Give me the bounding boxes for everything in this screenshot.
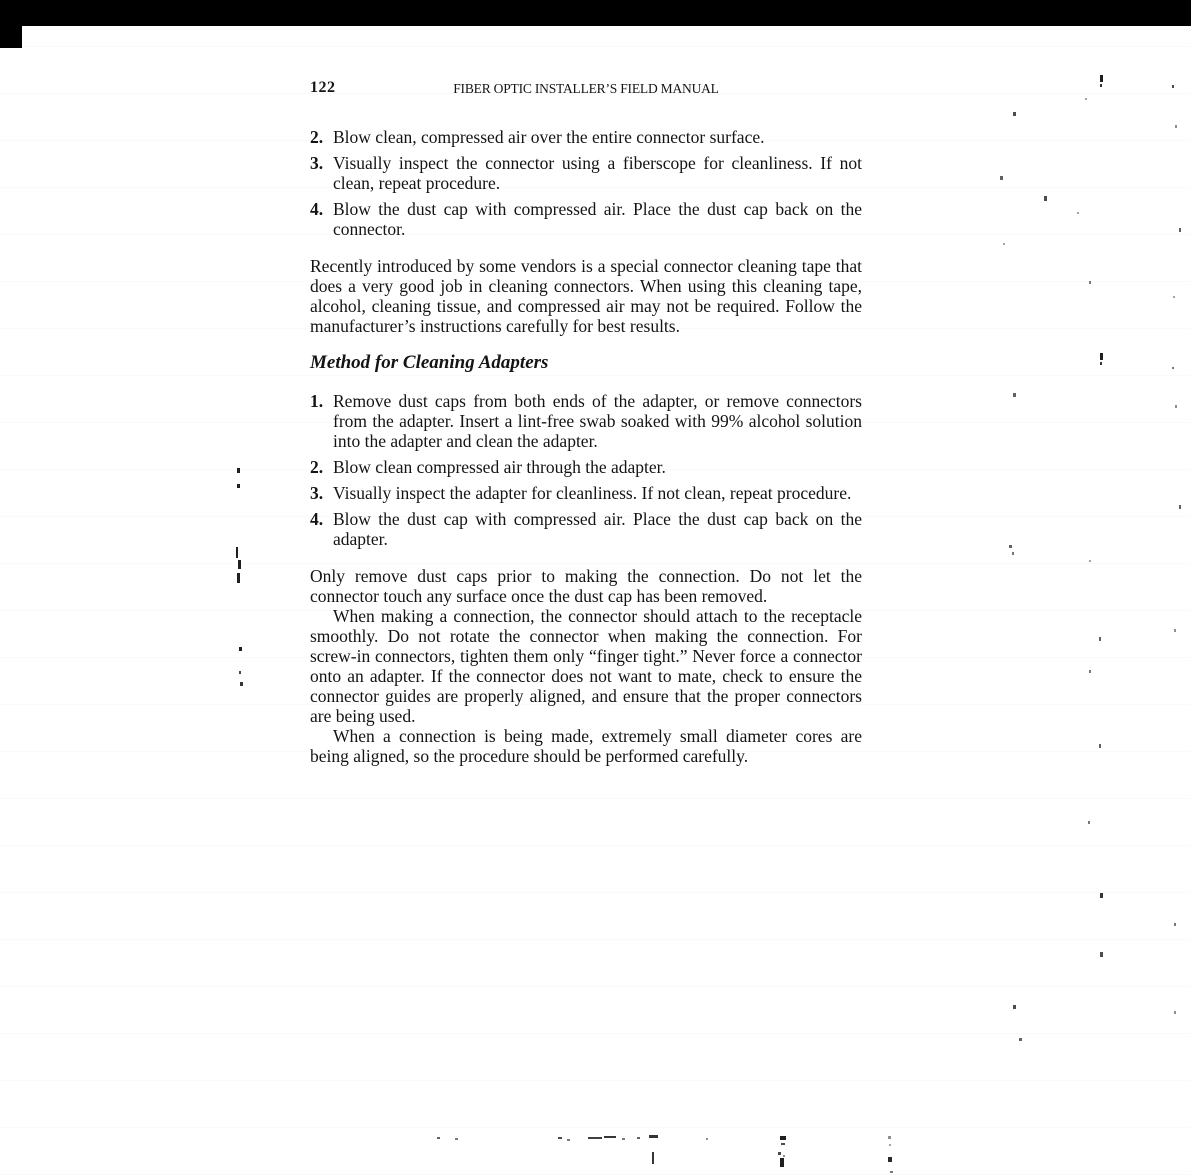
scan-speck xyxy=(1173,296,1175,298)
scan-speck xyxy=(1003,243,1005,245)
scan-speck xyxy=(781,1143,785,1145)
list-text: Visually inspect the adapter for cleanli… xyxy=(333,483,851,503)
scan-speck xyxy=(1179,505,1181,509)
running-header: FIBER OPTIC INSTALLER’S FIELD MANUAL xyxy=(310,81,862,97)
scan-speck xyxy=(1089,670,1091,673)
scan-edge-bar xyxy=(0,0,1191,26)
list-text: Blow the dust cap with compressed air. P… xyxy=(333,509,862,549)
list-number: 4. xyxy=(310,199,323,219)
scan-speck xyxy=(558,1137,562,1139)
scan-speck xyxy=(1088,821,1090,824)
scan-speck xyxy=(1012,552,1014,555)
list-number: 3. xyxy=(310,153,323,173)
paragraph-cleaning-tape: Recently introduced by some vendors is a… xyxy=(310,256,862,336)
scan-speck xyxy=(239,671,241,674)
scan-speck xyxy=(1089,560,1091,562)
scan-speck xyxy=(604,1136,616,1138)
list-number: 1. xyxy=(310,391,323,411)
list-text: Blow clean compressed air through the ad… xyxy=(333,457,666,477)
scan-speck xyxy=(240,682,243,686)
scan-speck xyxy=(1085,98,1087,100)
scan-speck xyxy=(1175,405,1177,408)
scan-speck xyxy=(1100,75,1103,82)
section-heading: Method for Cleaning Adapters xyxy=(310,352,862,374)
list-text: Remove dust caps from both ends of the a… xyxy=(333,391,862,451)
scan-speck xyxy=(1013,393,1016,397)
paragraph-small-cores: When a connection is being made, extreme… xyxy=(310,726,862,766)
scan-speck xyxy=(455,1138,458,1140)
scan-speck xyxy=(1044,196,1047,201)
scan-speck xyxy=(1172,367,1174,369)
scan-speck xyxy=(1099,637,1101,641)
list-item: 1. Remove dust caps from both ends of th… xyxy=(310,391,862,451)
scan-edge-corner xyxy=(0,0,22,48)
page-content: 2. Blow clean, compressed air over the e… xyxy=(310,127,862,766)
scan-speck xyxy=(889,1144,891,1146)
scan-speck xyxy=(1174,923,1176,926)
adapter-cleaning-list: 1. Remove dust caps from both ends of th… xyxy=(310,391,862,549)
list-number: 2. xyxy=(310,127,323,147)
scan-speck xyxy=(1089,281,1091,284)
list-item: 4. Blow the dust cap with compressed air… xyxy=(310,509,862,549)
scan-speck xyxy=(622,1138,625,1140)
list-item: 4. Blow the dust cap with compressed air… xyxy=(310,199,862,239)
scanned-page: 122 FIBER OPTIC INSTALLER’S FIELD MANUAL… xyxy=(0,0,1191,1176)
scan-speck xyxy=(1100,952,1103,957)
scan-speck xyxy=(1000,176,1003,180)
list-item: 2. Blow clean, compressed air over the e… xyxy=(310,127,862,147)
scan-speck xyxy=(706,1138,708,1140)
paragraph-making-connection: When making a connection, the connector … xyxy=(310,606,862,726)
connector-cleaning-list: 2. Blow clean, compressed air over the e… xyxy=(310,127,862,239)
scan-speck xyxy=(1179,228,1181,232)
scan-speck xyxy=(238,560,241,569)
scan-speck xyxy=(1174,1011,1176,1014)
scan-speck xyxy=(567,1139,570,1141)
scan-speck xyxy=(778,1152,781,1155)
scan-speck xyxy=(1100,362,1102,365)
scan-speck xyxy=(888,1157,892,1162)
list-number: 2. xyxy=(310,457,323,477)
scan-speck xyxy=(637,1137,640,1139)
scan-speck xyxy=(1100,353,1103,360)
list-number: 3. xyxy=(310,483,323,503)
list-text: Blow clean, compressed air over the enti… xyxy=(333,127,764,147)
scan-speck xyxy=(1013,112,1016,116)
scan-speck xyxy=(1013,1005,1016,1009)
scan-speck xyxy=(649,1135,658,1138)
scan-speck xyxy=(237,468,240,473)
scan-speck xyxy=(1077,212,1079,214)
scan-speck xyxy=(237,484,240,488)
scan-speck xyxy=(1009,545,1012,548)
list-number: 4. xyxy=(310,509,323,529)
list-item: 3. Visually inspect the connector using … xyxy=(310,153,862,193)
scan-speck xyxy=(783,1155,785,1157)
scan-speck xyxy=(1100,84,1102,87)
scan-speck xyxy=(1100,893,1103,898)
scan-speck xyxy=(1172,85,1174,88)
list-item: 2. Blow clean compressed air through the… xyxy=(310,457,862,477)
scan-speck xyxy=(1099,744,1101,748)
scan-speck xyxy=(588,1137,602,1139)
scan-speck xyxy=(1019,1038,1022,1041)
scan-speck xyxy=(1174,629,1176,632)
scan-speck xyxy=(780,1136,786,1140)
scan-speck xyxy=(652,1152,654,1164)
paragraph-dust-caps: Only remove dust caps prior to making th… xyxy=(310,566,862,606)
scan-speck xyxy=(237,573,240,583)
scan-speck xyxy=(888,1136,891,1139)
scan-speck xyxy=(236,547,238,558)
scan-speck xyxy=(1175,125,1177,128)
scan-speck xyxy=(239,647,242,651)
list-text: Visually inspect the connector using a f… xyxy=(333,153,862,193)
scan-speck xyxy=(437,1137,440,1139)
list-item: 3. Visually inspect the adapter for clea… xyxy=(310,483,862,503)
scan-speck xyxy=(780,1158,784,1167)
list-text: Blow the dust cap with compressed air. P… xyxy=(333,199,862,239)
scan-speck xyxy=(890,1171,893,1173)
